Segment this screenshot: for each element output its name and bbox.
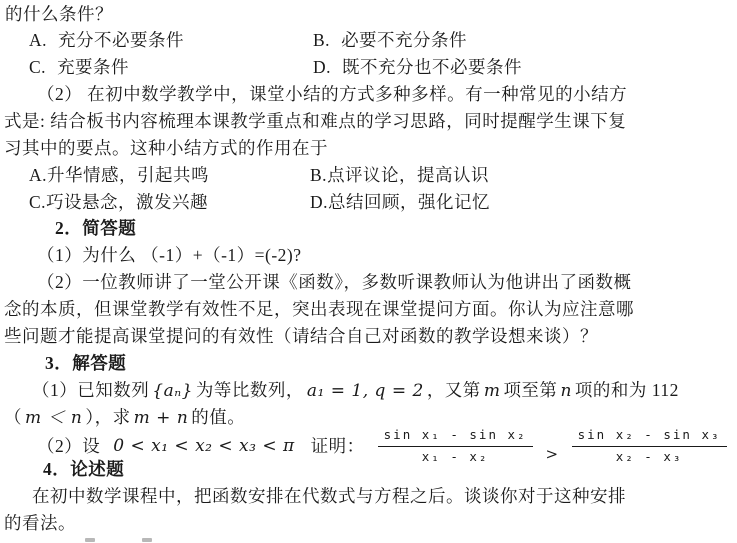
mcq2-option-a: A.升华情感，引起共鸣 [29, 165, 209, 185]
fraction-2: sin x₂ - sin x₃ x₂ - x₃ [572, 429, 727, 463]
option-label: A. [29, 29, 47, 51]
cutoff-line-fragment [142, 538, 152, 542]
section-2-question-2-line-3: 些问题才能提高课堂提问的有效性（请结合自己对函数的教学设想来谈）？ [4, 325, 598, 347]
fraction-1-numerator: sin x₁ - sin x₂ [378, 429, 533, 446]
q31-mid2: ，又第 [427, 380, 481, 400]
mcq2-option-d: D.总结回顾，强化记忆 [310, 191, 490, 213]
mcq1-option-b: B.必要不充分条件 [313, 29, 467, 51]
option-text: 必要不充分条件 [341, 30, 467, 50]
q31-paren-open: （ [4, 407, 22, 427]
section-3-question-2: （2）设 0 < x₁ < x₂ < x₃ < π 证明： sin x₁ - s… [37, 424, 727, 468]
q31-given-values: a₁ = 1, q = 2 [307, 381, 424, 401]
option-label: B. [310, 164, 327, 186]
mcq2-stem-line-1: （2） 在初中数学教学中，课堂小结的方式多种多样。有一种常见的小结方 [37, 83, 627, 105]
q31-sequence-notation: {aₙ} [152, 381, 193, 401]
fraction-2-numerator: sin x₂ - sin x₃ [572, 429, 727, 446]
mcq2-options-row-1: A.升华情感，引起共鸣 B.点评议论，提高认识 [0, 164, 737, 186]
q32-prove-label: 证明： [311, 435, 365, 457]
section-2-question-2-line-2: 念的本质，但课堂教学有效性不足，突出表现在课堂提问方面。你认为应注意哪 [4, 298, 634, 320]
question-stem-tail: 的什么条件？ [5, 3, 113, 25]
mcq1-option-c: C.充要条件 [29, 57, 129, 77]
q31-variable-m: m [484, 381, 501, 401]
q31-mid4: 项的和为 112 [575, 380, 679, 400]
fraction-1: sin x₁ - sin x₂ x₁ - x₂ [378, 429, 533, 463]
mcq2-option-c: C.巧设悬念，激发兴趣 [29, 192, 208, 212]
option-label: D. [313, 56, 331, 78]
section-3-question-1-line-1: （1）已知数列{aₙ}为等比数列，a₁ = 1, q = 2，又第m项至第n项的… [32, 379, 679, 402]
option-text: 既不充分也不必要条件 [342, 57, 522, 77]
option-text: 总结回顾，强化记忆 [328, 192, 490, 212]
option-text: 充要条件 [57, 57, 129, 77]
option-label: D. [310, 191, 328, 213]
mcq2-option-b: B.点评议论，提高认识 [310, 164, 489, 186]
option-text: 点评议论，提高认识 [327, 165, 489, 185]
option-text: 巧设悬念，激发兴趣 [46, 192, 208, 212]
option-text: 充分不必要条件 [58, 30, 184, 50]
q32-inequality: 0 < x₁ < x₂ < x₃ < π [113, 435, 294, 457]
mcq1-options-row-1: A.充分不必要条件 B.必要不充分条件 [0, 29, 737, 51]
q31-mid3: 项至第 [503, 380, 557, 400]
mcq2-stem-line-2: 式是: 结合板书内容梳理本课教学重点和难点的学习思路，同时提醒学生课下复 [4, 110, 626, 132]
fraction-2-denominator: x₂ - x₃ [572, 446, 727, 464]
mcq2-stem-line-3: 习其中的要点。这种小结方式的作用在于 [4, 137, 328, 159]
q31-mid1: 为等比数列， [196, 380, 304, 400]
mcq1-option-a: A.充分不必要条件 [29, 30, 184, 50]
greater-than-sign: > [546, 443, 559, 465]
mcq1-option-d: D.既不充分也不必要条件 [313, 56, 522, 78]
cutoff-line-fragment [85, 538, 95, 542]
mcq2-options-row-2: C.巧设悬念，激发兴趣 D.总结回顾，强化记忆 [0, 191, 737, 213]
q31-prefix: （1）已知数列 [32, 380, 149, 400]
q31-variable-n: n [560, 381, 571, 401]
section-4-line-2: 的看法。 [4, 512, 76, 534]
section-3-heading: 3．解答题 [45, 352, 126, 374]
exam-paper-page: 的什么条件？ A.充分不必要条件 B.必要不充分条件 C.充要条件 D.既不充分… [0, 0, 737, 543]
section-4-heading: 4．论述题 [43, 458, 124, 480]
fraction-1-denominator: x₁ - x₂ [378, 446, 533, 464]
option-label: A. [29, 164, 47, 186]
option-text: 升华情感，引起共鸣 [47, 165, 209, 185]
section-2-heading: 2．简答题 [55, 217, 136, 239]
option-label: C. [29, 56, 46, 78]
section-2-question-2-line-1: （2）一位教师讲了一堂公开课《函数》，多数听课教师认为他讲出了函数概 [37, 271, 632, 293]
option-label: C. [29, 191, 46, 213]
option-label: B. [313, 29, 330, 51]
section-2-question-1: （1）为什么 （-1）+（-1）=(-2)? [37, 244, 302, 266]
section-4-line-1: 在初中数学课程中，把函数安排在代数式与方程之后。谈谈你对于这种安排 [32, 485, 626, 507]
mcq1-options-row-2: C.充要条件 D.既不充分也不必要条件 [0, 56, 737, 78]
q32-prefix: （2）设 [37, 435, 100, 457]
